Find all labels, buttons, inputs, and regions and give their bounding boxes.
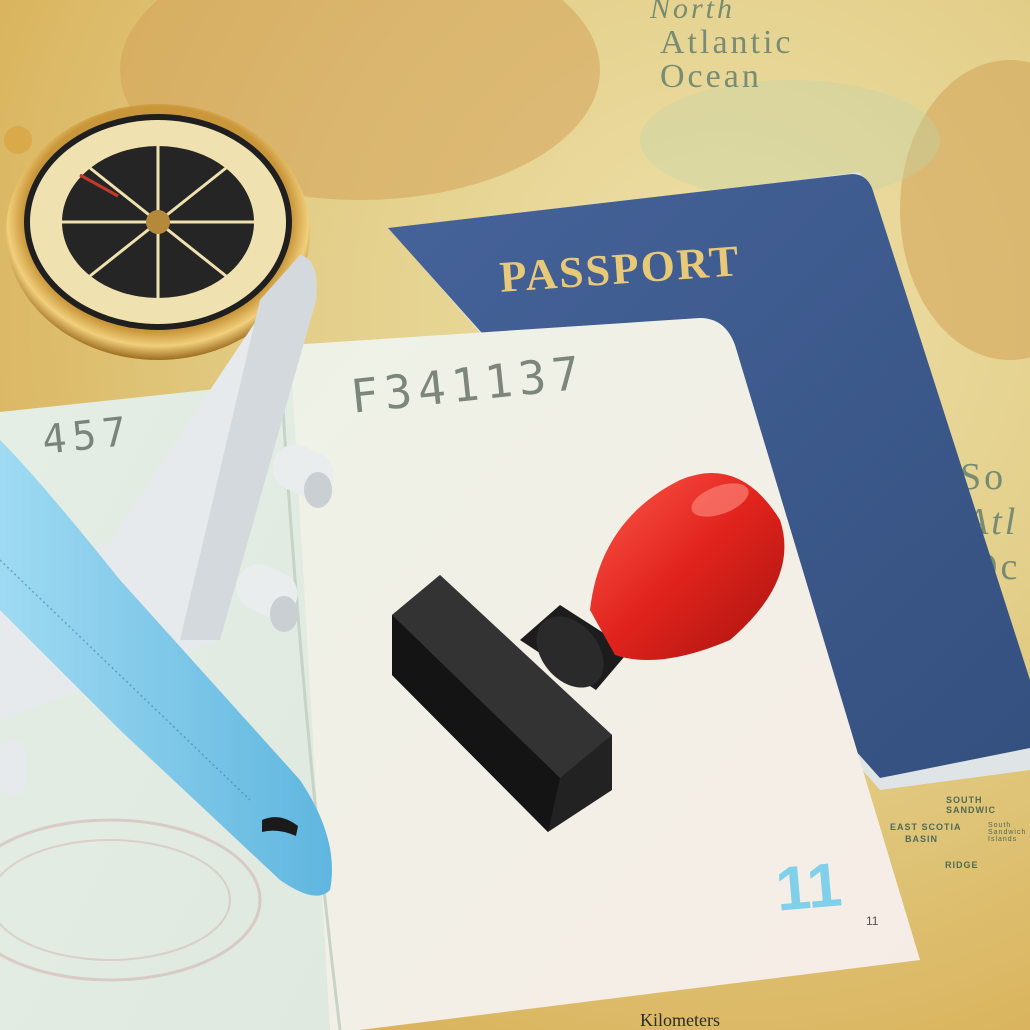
rubber-stamp <box>0 0 1030 1030</box>
